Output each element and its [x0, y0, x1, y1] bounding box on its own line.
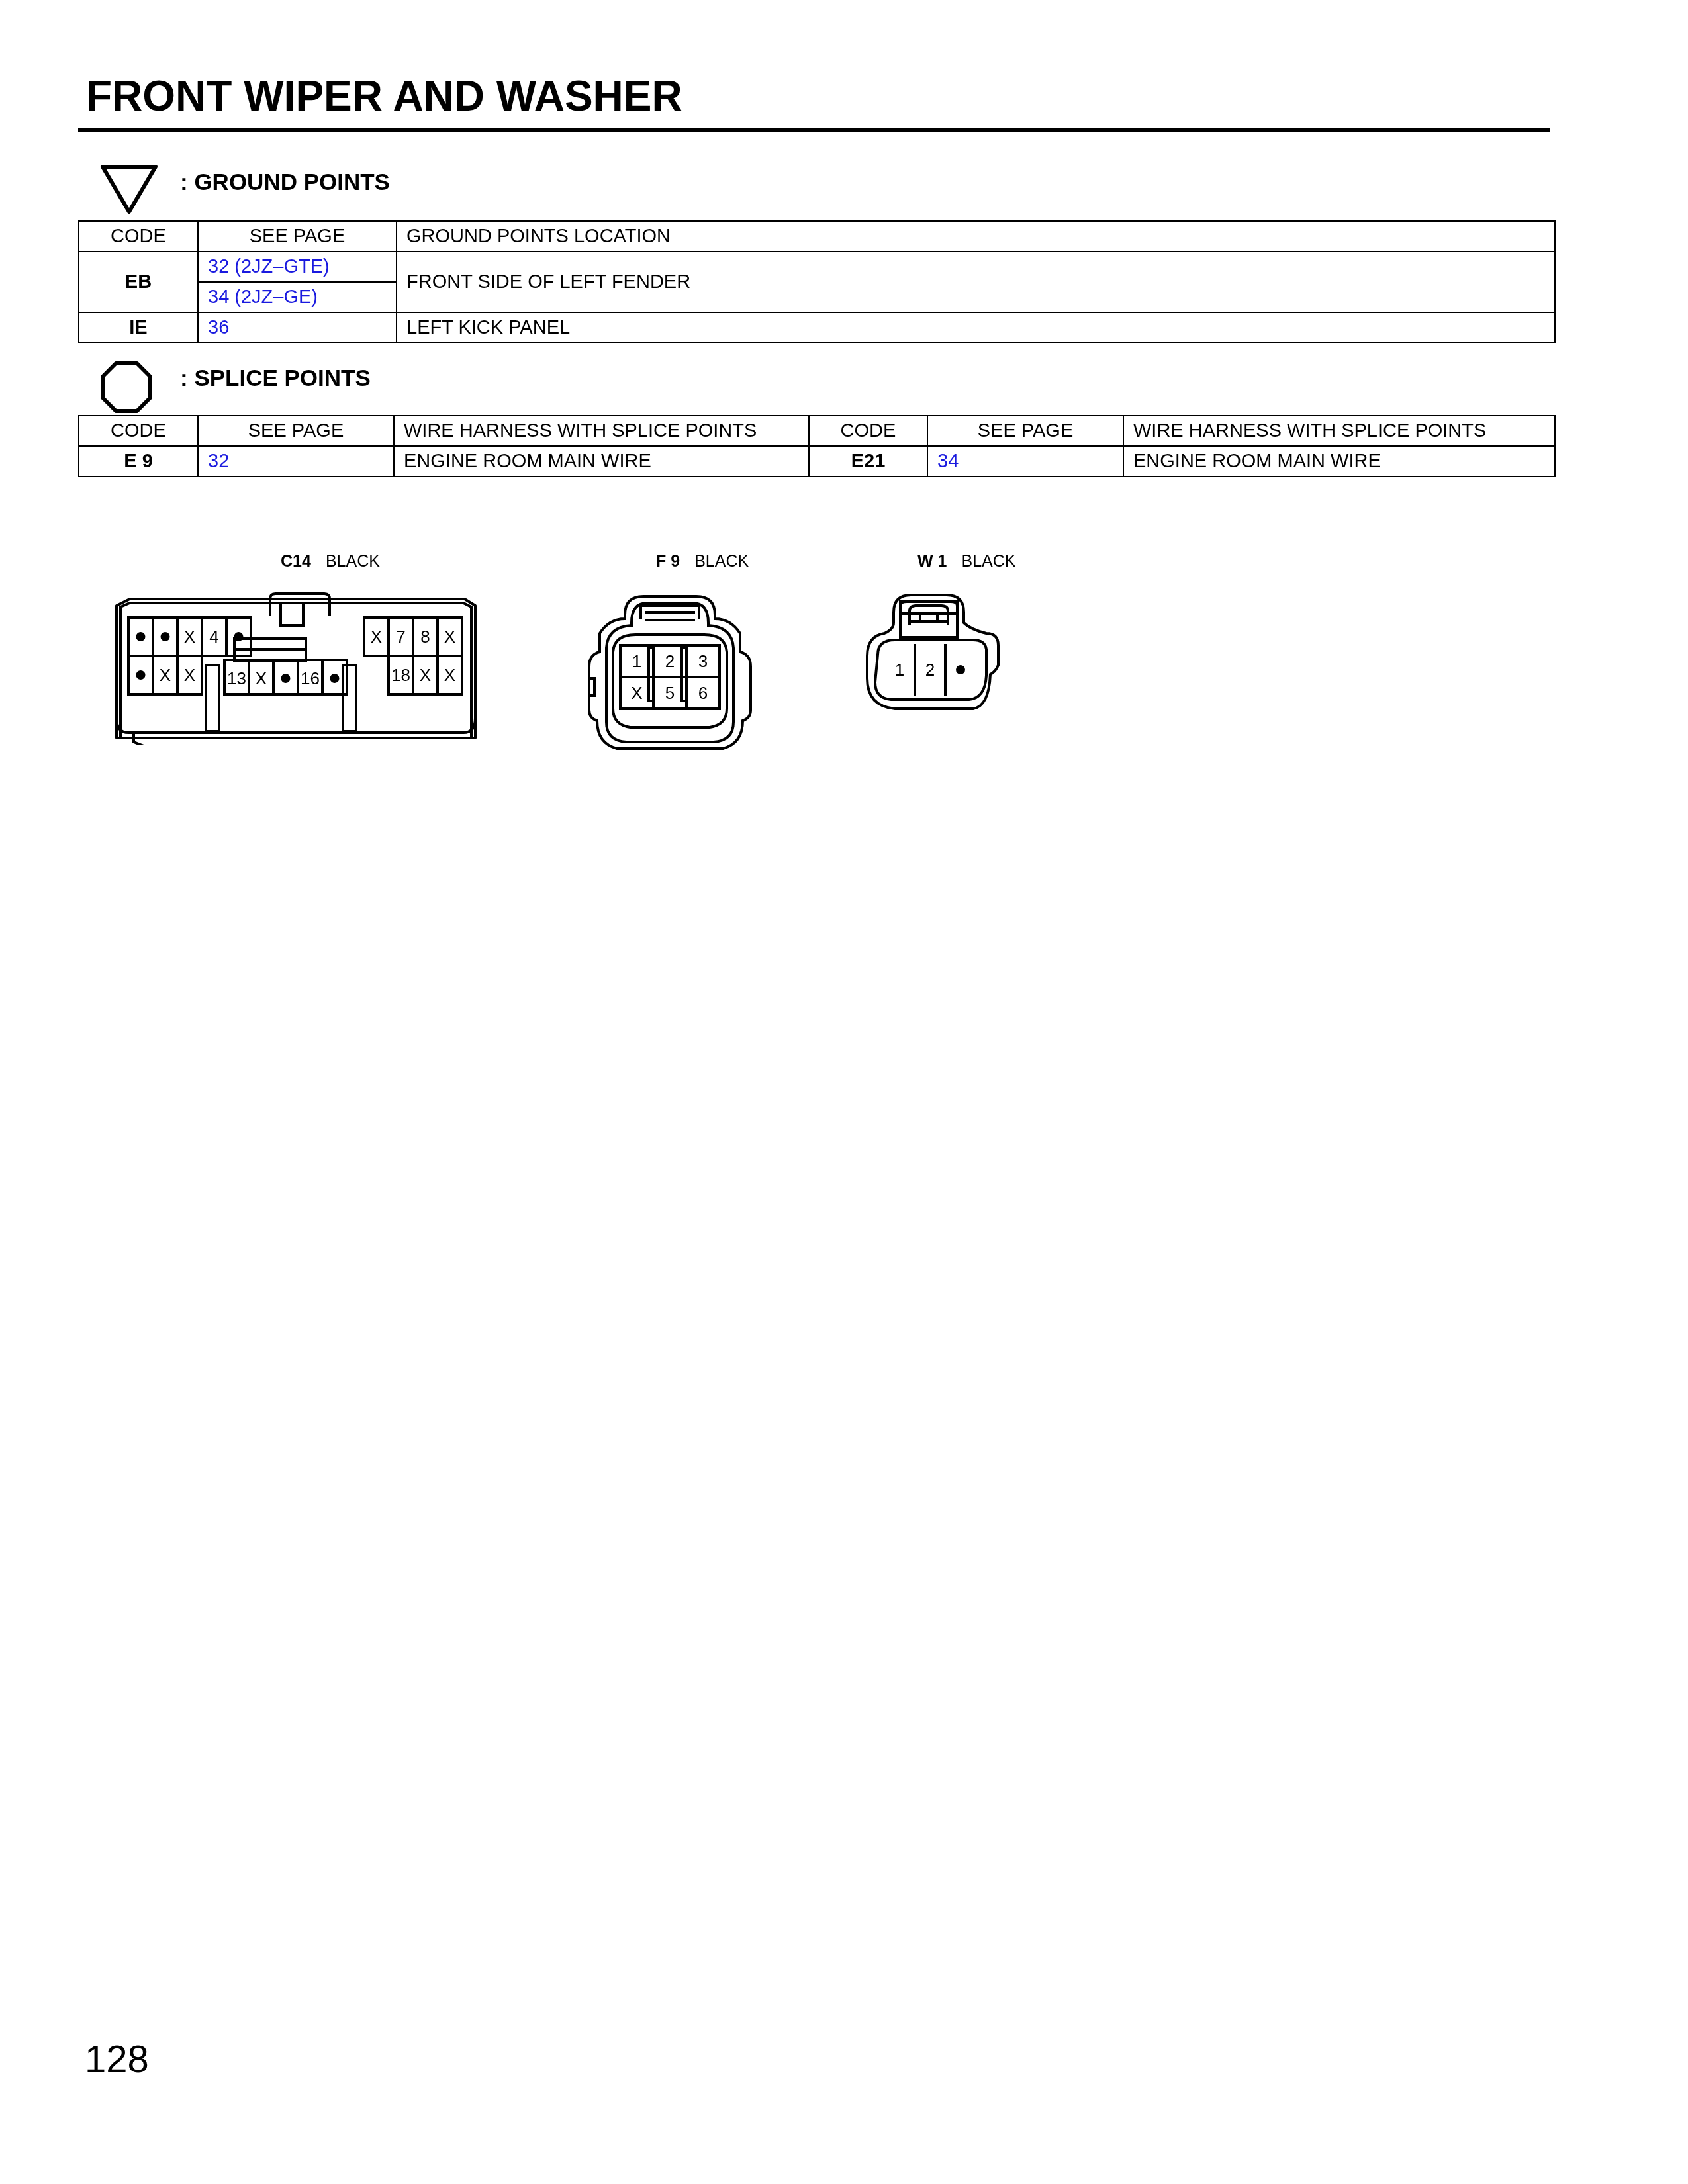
splice-points-heading: : SPLICE POINTS	[180, 365, 371, 392]
header-code: CODE	[79, 221, 198, 251]
connector-color: BLACK	[961, 552, 1015, 570]
header-harness: WIRE HARNESS WITH SPLICE POINTS	[394, 416, 809, 446]
header-location: GROUND POINTS LOCATION	[397, 221, 1555, 251]
pin-dot-icon	[281, 674, 291, 683]
pin-label: 2	[665, 651, 675, 671]
ground-code: EB	[79, 251, 198, 312]
see-page-link[interactable]: 36	[198, 312, 397, 343]
pin-label: 8	[420, 627, 430, 647]
title-rule	[78, 128, 1550, 132]
connector-label-w1: W 1BLACK	[917, 552, 1015, 571]
splice-code: E 9	[79, 446, 198, 477]
pin-label: X	[160, 665, 171, 685]
header-code: CODE	[809, 416, 927, 446]
pin-label: 2	[925, 660, 935, 680]
connector-color: BLACK	[326, 552, 380, 570]
header-code: CODE	[79, 416, 198, 446]
pin-dot-icon	[161, 632, 170, 641]
see-page-link[interactable]: 34 (2JZ–GE)	[198, 282, 397, 312]
splice-octagon-icon	[99, 361, 154, 417]
pin-label: X	[420, 665, 431, 685]
splice-points-table: CODE SEE PAGE WIRE HARNESS WITH SPLICE P…	[78, 415, 1556, 477]
ground-points-table: CODE SEE PAGE GROUND POINTS LOCATION EB …	[78, 220, 1556, 343]
pin-dot-icon	[234, 632, 244, 641]
splice-harness: ENGINE ROOM MAIN WIRE	[394, 446, 809, 477]
page-number: 128	[85, 2037, 149, 2081]
pin-label: 6	[698, 683, 708, 703]
pin-label: 1	[895, 660, 904, 680]
connector-w1-diagram: 12	[861, 592, 1009, 718]
table-header-row: CODE SEE PAGE GROUND POINTS LOCATION	[79, 221, 1555, 251]
pin-label: 3	[698, 651, 708, 671]
ground-location: FRONT SIDE OF LEFT FENDER	[397, 251, 1555, 312]
pin-label: X	[631, 683, 642, 703]
pin-label: 7	[396, 627, 405, 647]
pin-label: 4	[209, 627, 218, 647]
pin-label: X	[444, 665, 455, 685]
header-see-page: SEE PAGE	[198, 221, 397, 251]
pin-label: 18	[391, 665, 410, 685]
ground-triangle-icon	[99, 164, 159, 218]
table-row: IE 36 LEFT KICK PANEL	[79, 312, 1555, 343]
connector-code: F 9	[656, 552, 680, 570]
pin-dot-icon	[136, 632, 146, 641]
ground-points-heading: : GROUND POINTS	[180, 169, 390, 196]
splice-code: E21	[809, 446, 927, 477]
table-row: EB 32 (2JZ–GTE) FRONT SIDE OF LEFT FENDE…	[79, 251, 1555, 282]
pin-dot-icon	[330, 674, 340, 683]
connector-code: W 1	[917, 552, 947, 570]
connector-label-c14: C14BLACK	[281, 552, 380, 571]
header-see-page: SEE PAGE	[198, 416, 394, 446]
page-title: FRONT WIPER AND WASHER	[86, 71, 682, 120]
see-page-link[interactable]: 32 (2JZ–GTE)	[198, 251, 397, 282]
connector-f9-diagram: 123X56	[584, 592, 756, 758]
header-harness: WIRE HARNESS WITH SPLICE POINTS	[1123, 416, 1555, 446]
pin-label: X	[184, 627, 195, 647]
connector-label-f9: F 9BLACK	[656, 552, 749, 571]
pin-dot-icon	[956, 665, 965, 674]
pin-label: X	[371, 627, 382, 647]
pin-label: 13	[227, 668, 246, 688]
table-header-row: CODE SEE PAGE WIRE HARNESS WITH SPLICE P…	[79, 416, 1555, 446]
see-page-link[interactable]: 32	[198, 446, 394, 477]
pin-label: X	[444, 627, 455, 647]
see-page-link[interactable]: 34	[927, 446, 1123, 477]
pin-label: X	[184, 665, 195, 685]
pin-label: 5	[665, 683, 675, 703]
pin-label: X	[256, 668, 267, 688]
connector-color: BLACK	[694, 552, 749, 570]
connector-c14-diagram: X4X78XXX13X1618XX	[114, 592, 478, 748]
connector-code: C14	[281, 552, 311, 570]
table-row: E 9 32 ENGINE ROOM MAIN WIRE E21 34 ENGI…	[79, 446, 1555, 477]
pin-dot-icon	[136, 670, 146, 680]
pin-label: 16	[301, 668, 320, 688]
pin-label: 1	[632, 651, 641, 671]
ground-location: LEFT KICK PANEL	[397, 312, 1555, 343]
splice-harness: ENGINE ROOM MAIN WIRE	[1123, 446, 1555, 477]
header-see-page: SEE PAGE	[927, 416, 1123, 446]
ground-code: IE	[79, 312, 198, 343]
